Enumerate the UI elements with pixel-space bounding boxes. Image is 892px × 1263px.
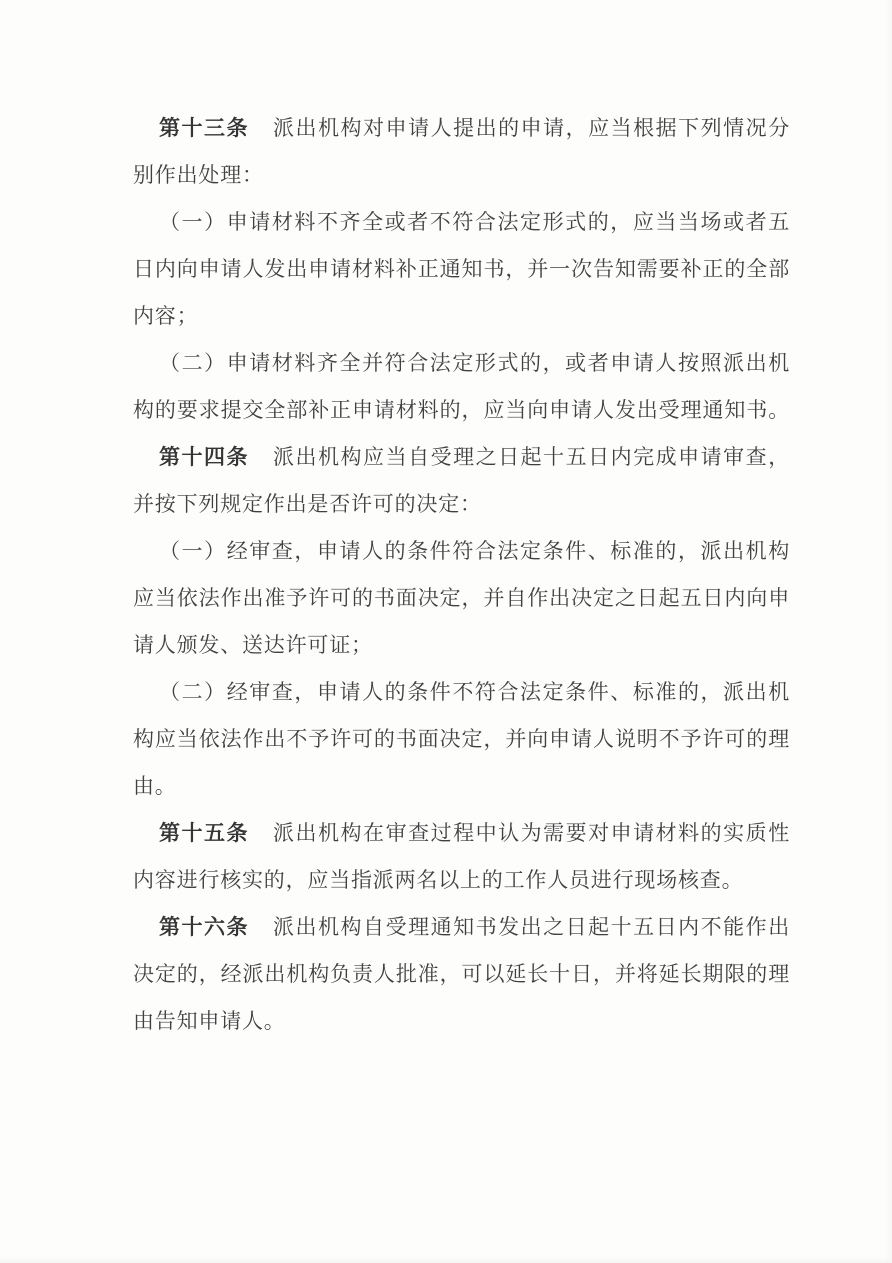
line-text: 内容； — [133, 304, 198, 328]
line-text: 构的要求提交全部补正申请材料的，应当向申请人发出受理通知书。 — [133, 398, 790, 422]
text-line: 内容进行核实的，应当指派两名以上的工作人员进行现场核查。 — [133, 857, 790, 904]
line-text: 内容进行核实的，应当指派两名以上的工作人员进行现场核查。 — [133, 868, 743, 892]
line-text: 应当依法作出准予许可的书面决定，并自作出决定之日起五日内向申 — [133, 586, 790, 610]
text-line: 日内向申请人发出申请材料补正通知书，并一次告知需要补正的全部 — [133, 246, 790, 293]
text-line: 构应当依法作出不予许可的书面决定，并向申请人说明不予许可的理 — [133, 716, 790, 763]
text-line: 并按下列规定作出是否许可的决定： — [133, 481, 790, 528]
text-line: 请人颁发、送达许可证； — [133, 622, 790, 669]
article-number: 第十六条 — [159, 915, 249, 939]
text-line: 决定的，经派出机构负责人批准，可以延长十日，并将延长期限的理 — [133, 951, 790, 998]
line-text: 请人颁发、送达许可证； — [133, 633, 373, 657]
line-text: （二）经审查，申请人的条件不符合法定条件、标准的，派出机 — [159, 680, 790, 704]
text-line: 第十五条派出机构在审查过程中认为需要对申请材料的实质性 — [133, 810, 790, 857]
line-text: （二）申请材料齐全并符合法定形式的，或者申请人按照派出机 — [159, 351, 790, 375]
line-text: 由告知申请人。 — [133, 1009, 286, 1033]
line-text: 决定的，经派出机构负责人批准，可以延长十日，并将延长期限的理 — [133, 962, 790, 986]
article-number: 第十三条 — [159, 116, 249, 140]
text-line: （一）申请材料不齐全或者不符合法定形式的，应当当场或者五 — [133, 199, 790, 246]
line-text: 派出机构对申请人提出的申请，应当根据下列情况分 — [273, 116, 790, 140]
article-number: 第十五条 — [159, 821, 249, 845]
line-text: 并按下列规定作出是否许可的决定： — [133, 492, 482, 516]
text-line: 第十六条派出机构自受理通知书发出之日起十五日内不能作出 — [133, 904, 790, 951]
text-line: 别作出处理： — [133, 152, 790, 199]
document-page: 第十三条派出机构对申请人提出的申请，应当根据下列情况分 别作出处理： （一）申请… — [0, 0, 892, 1263]
text-line: 构的要求提交全部补正申请材料的，应当向申请人发出受理通知书。 — [133, 387, 790, 434]
line-text: 由。 — [133, 774, 177, 798]
text-line: （二）申请材料齐全并符合法定形式的，或者申请人按照派出机 — [133, 340, 790, 387]
text-line: （一）经审查，申请人的条件符合法定条件、标准的，派出机构 — [133, 528, 790, 575]
line-text: 别作出处理： — [133, 163, 264, 187]
line-text: 日内向申请人发出申请材料补正通知书，并一次告知需要补正的全部 — [133, 257, 790, 281]
line-text: 派出机构在审查过程中认为需要对申请材料的实质性 — [273, 821, 790, 845]
text-line: 第十四条派出机构应当自受理之日起十五日内完成申请审查， — [133, 434, 790, 481]
text-line: 由。 — [133, 763, 790, 810]
line-text: 派出机构应当自受理之日起十五日内完成申请审查， — [273, 445, 790, 469]
text-line: 由告知申请人。 — [133, 998, 790, 1045]
line-text: （一）经审查，申请人的条件符合法定条件、标准的，派出机构 — [159, 539, 790, 563]
line-text: （一）申请材料不齐全或者不符合法定形式的，应当当场或者五 — [159, 210, 790, 234]
line-text: 派出机构自受理通知书发出之日起十五日内不能作出 — [273, 915, 790, 939]
line-text: 构应当依法作出不予许可的书面决定，并向申请人说明不予许可的理 — [133, 727, 790, 751]
text-line: 第十三条派出机构对申请人提出的申请，应当根据下列情况分 — [133, 105, 790, 152]
document-text-block: 第十三条派出机构对申请人提出的申请，应当根据下列情况分 别作出处理： （一）申请… — [133, 105, 790, 1045]
text-line: 内容； — [133, 293, 790, 340]
text-line: （二）经审查，申请人的条件不符合法定条件、标准的，派出机 — [133, 669, 790, 716]
text-line: 应当依法作出准予许可的书面决定，并自作出决定之日起五日内向申 — [133, 575, 790, 622]
article-number: 第十四条 — [159, 445, 249, 469]
